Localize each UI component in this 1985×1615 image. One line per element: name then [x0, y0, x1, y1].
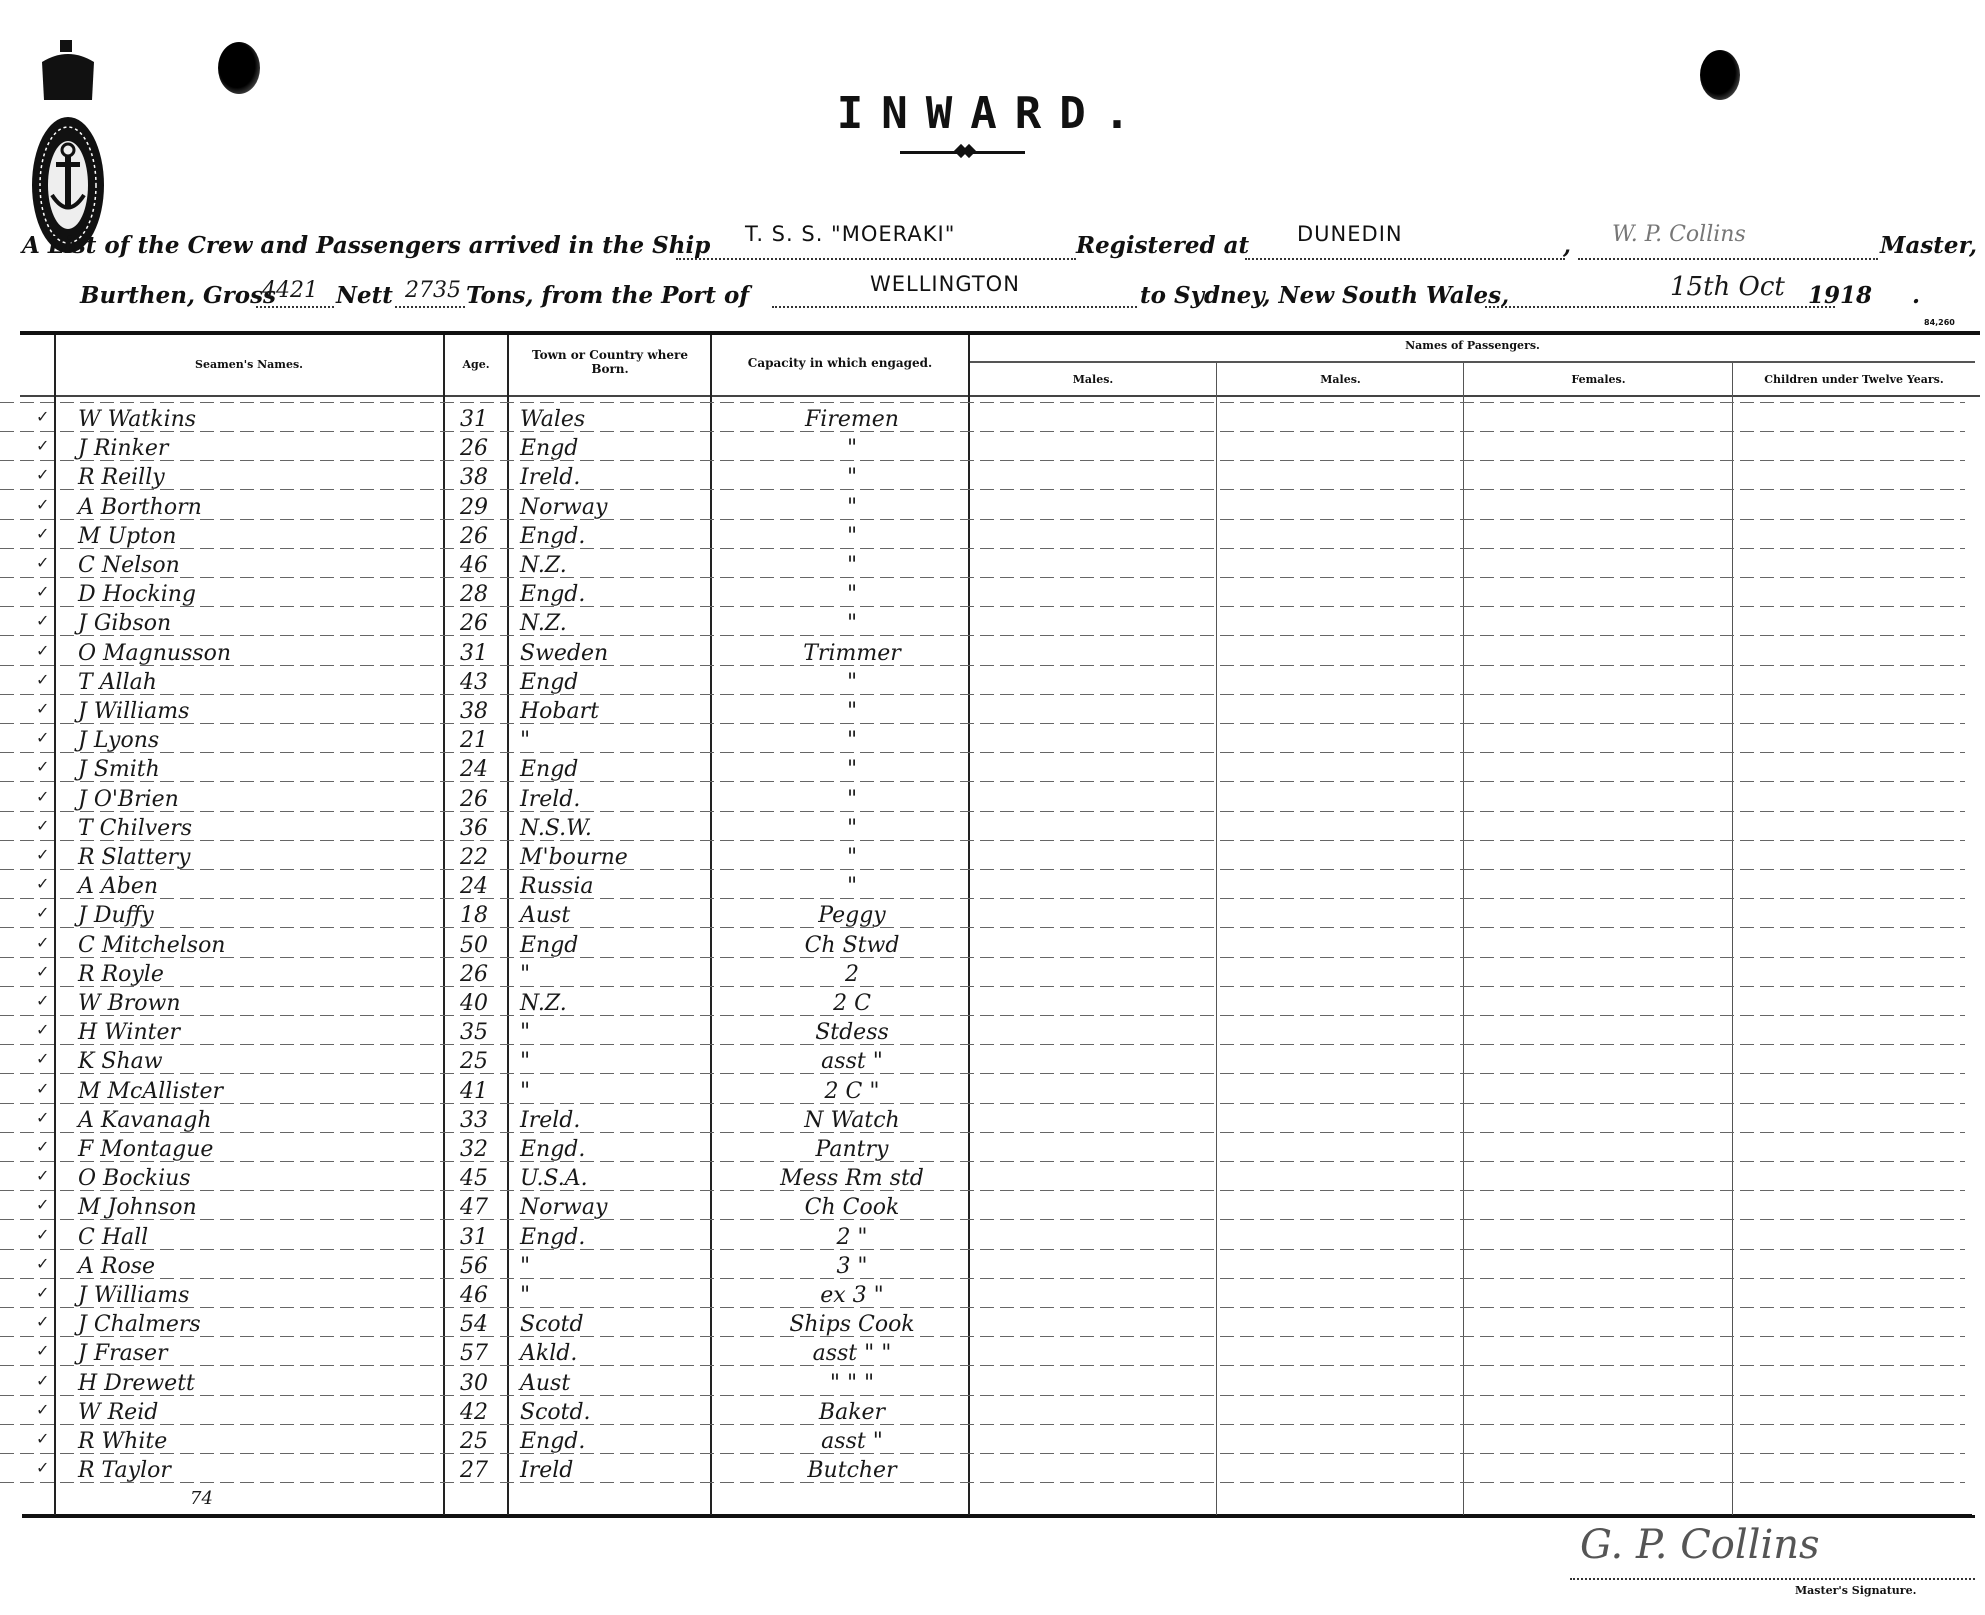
check-mark-icon: ✓ [36, 1225, 49, 1244]
seaman-birthplace: Aust [520, 903, 570, 928]
seaman-age: 25 [452, 1429, 496, 1454]
signature-top-rule [1500, 1515, 1975, 1518]
seaman-name: M Johnson [78, 1195, 197, 1220]
seaman-birthplace: " [520, 1020, 530, 1045]
column-divider [443, 335, 445, 1515]
seaman-birthplace: Norway [520, 495, 607, 520]
row-rule [0, 1161, 1965, 1162]
row-rule [0, 927, 1965, 928]
to-sydney-label: to Sydney, New South Wales, [1140, 282, 1509, 309]
check-mark-icon: ✓ [36, 962, 49, 981]
seaman-birthplace: " [520, 1049, 530, 1074]
seaman-birthplace: N.Z. [520, 611, 567, 636]
seaman-birthplace: Russia [520, 874, 593, 899]
seaman-birthplace: Scotd. [520, 1400, 591, 1425]
seaman-name: J Williams [78, 699, 189, 724]
seaman-capacity: ex 3 " [752, 1283, 952, 1308]
column-divider [507, 335, 509, 1515]
row-rule [0, 1219, 1965, 1220]
row-rule [0, 752, 1965, 753]
seaman-capacity: " " " [752, 1371, 952, 1396]
registered-port-field-line [1245, 258, 1565, 260]
from-port-field-line [772, 306, 1137, 308]
check-mark-icon: ✓ [36, 407, 49, 426]
row-rule [0, 1365, 1965, 1366]
column-divider [1463, 363, 1464, 1515]
seaman-age: 26 [452, 787, 496, 812]
check-mark-icon: ✓ [36, 553, 49, 572]
seaman-capacity: asst " [752, 1429, 952, 1454]
registered-port-value: DUNEDIN [1297, 222, 1403, 246]
seaman-name: W Reid [78, 1400, 158, 1425]
seaman-capacity: " [752, 495, 952, 520]
seaman-age: 38 [452, 699, 496, 724]
check-mark-icon: ✓ [36, 1458, 49, 1477]
row-rule [0, 1015, 1965, 1016]
seaman-capacity: 3 " [752, 1254, 952, 1279]
seaman-age: 31 [452, 641, 496, 666]
column-header-males-1: Males. [970, 373, 1216, 387]
seaman-name: H Drewett [78, 1371, 195, 1396]
date-year-value: 1918 [1808, 282, 1872, 309]
seaman-age: 24 [452, 874, 496, 899]
seaman-birthplace: Engd [520, 757, 578, 782]
check-mark-icon: ✓ [36, 816, 49, 835]
check-mark-icon: ✓ [36, 1371, 49, 1390]
seaman-capacity: " [752, 816, 952, 841]
gross-tons-value: 4421 [262, 278, 318, 303]
seaman-name: J Chalmers [78, 1312, 201, 1337]
seaman-birthplace: Wales [520, 407, 585, 432]
seaman-capacity: Trimmer [752, 641, 952, 666]
seaman-birthplace: N.Z. [520, 553, 567, 578]
seaman-birthplace: Engd. [520, 524, 585, 549]
check-mark-icon: ✓ [36, 1020, 49, 1039]
seaman-age: 25 [452, 1049, 496, 1074]
seaman-birthplace: Akld. [520, 1341, 577, 1366]
ship-name-field-line [676, 258, 1076, 260]
seaman-birthplace: N.Z. [520, 991, 567, 1016]
nett-tons-field-line [395, 306, 465, 308]
seaman-birthplace: Norway [520, 1195, 607, 1220]
check-mark-icon: ✓ [36, 874, 49, 893]
seaman-name: A Aben [78, 874, 158, 899]
seaman-name: J Lyons [78, 728, 159, 753]
from-port-value: WELLINGTON [870, 272, 1020, 296]
seaman-capacity: " [752, 524, 952, 549]
registered-at-label: Registered at [1076, 232, 1249, 259]
seaman-capacity: " [752, 845, 952, 870]
passengers-subheader-rule [970, 361, 1975, 363]
seaman-name: R Taylor [78, 1458, 171, 1483]
column-divider [710, 335, 712, 1515]
check-mark-icon: ✓ [36, 1079, 49, 1098]
check-mark-icon: ✓ [36, 1312, 49, 1331]
check-mark-icon: ✓ [36, 582, 49, 601]
row-rule [0, 402, 1965, 403]
seaman-birthplace: Aust [520, 1371, 570, 1396]
master-name-field-line [1578, 258, 1878, 260]
check-mark-icon: ✓ [36, 991, 49, 1010]
seaman-birthplace: Engd. [520, 1225, 585, 1250]
seaman-capacity: " [752, 757, 952, 782]
seaman-birthplace: Ireld [520, 1458, 573, 1483]
seaman-name: A Rose [78, 1254, 155, 1279]
seaman-capacity: 2 " [752, 1225, 952, 1250]
seaman-name: W Watkins [78, 407, 196, 432]
column-header-born: Town or Country where Born. [530, 348, 690, 376]
seaman-name: J Williams [78, 1283, 189, 1308]
seaman-name: J Rinker [78, 436, 168, 461]
seaman-birthplace: Engd [520, 436, 578, 461]
seaman-birthplace: " [520, 1283, 530, 1308]
row-rule [0, 1453, 1965, 1454]
seaman-birthplace: Hobart [520, 699, 599, 724]
row-rule [0, 431, 1965, 432]
check-mark-icon: ✓ [36, 611, 49, 630]
seaman-capacity: asst " [752, 1049, 952, 1074]
seaman-age: 21 [452, 728, 496, 753]
row-rule [0, 1249, 1965, 1250]
seaman-name: J Smith [78, 757, 160, 782]
seaman-name: T Chilvers [78, 816, 192, 841]
seaman-age: 29 [452, 495, 496, 520]
seaman-capacity: asst " " [752, 1341, 952, 1366]
seaman-age: 42 [452, 1400, 496, 1425]
check-mark-icon: ✓ [36, 903, 49, 922]
seaman-capacity: 2 [752, 962, 952, 987]
seaman-capacity: " [752, 436, 952, 461]
seaman-capacity: Stdess [752, 1020, 952, 1045]
row-rule [0, 1278, 1965, 1279]
seaman-capacity: " [752, 611, 952, 636]
seaman-name: J Gibson [78, 611, 171, 636]
seaman-age: 40 [452, 991, 496, 1016]
seaman-age: 31 [452, 407, 496, 432]
seaman-name: K Shaw [78, 1049, 163, 1074]
seaman-age: 45 [452, 1166, 496, 1191]
tons-from-port-label: Tons, from the Port of [466, 282, 749, 309]
list-intro-label: A List of the Crew and Passengers arrive… [22, 232, 710, 259]
seaman-age: 35 [452, 1020, 496, 1045]
row-rule [0, 577, 1965, 578]
row-rule [0, 986, 1965, 987]
burthen-gross-label: Burthen, Gross [80, 282, 276, 309]
seaman-name: J O'Brien [78, 787, 179, 812]
seaman-capacity: Mess Rm std [752, 1166, 952, 1191]
seaman-age: 50 [452, 933, 496, 958]
nett-label: Nett [336, 282, 393, 309]
check-mark-icon: ✓ [36, 670, 49, 689]
seaman-age: 46 [452, 1283, 496, 1308]
row-rule [0, 1395, 1965, 1396]
column-header-seamens-names: Seamen's Names. [56, 358, 442, 372]
seaman-capacity: " [752, 699, 952, 724]
column-divider [54, 335, 56, 1515]
seaman-name: R Royle [78, 962, 164, 987]
row-rule [0, 840, 1965, 841]
seaman-age: 27 [452, 1458, 496, 1483]
check-mark-icon: ✓ [36, 845, 49, 864]
row-rule [0, 1103, 1965, 1104]
seaman-name: C Nelson [78, 553, 180, 578]
seaman-capacity: " [752, 787, 952, 812]
seaman-age: 54 [452, 1312, 496, 1337]
row-rule [0, 1132, 1965, 1133]
seaman-name: T Allah [78, 670, 157, 695]
seaman-birthplace: Engd. [520, 582, 585, 607]
check-mark-icon: ✓ [36, 436, 49, 455]
check-mark-icon: ✓ [36, 757, 49, 776]
seaman-age: 43 [452, 670, 496, 695]
seaman-capacity: " [752, 670, 952, 695]
ship-name-value: T. S. S. "MOERAKI" [745, 222, 955, 246]
seaman-birthplace: Engd. [520, 1429, 585, 1454]
seaman-birthplace: N.S.W. [520, 816, 592, 841]
check-mark-icon: ✓ [36, 1137, 49, 1156]
master-signature-label: Master's Signature. [1795, 1584, 1916, 1597]
seaman-capacity: Ch Cook [752, 1195, 952, 1220]
seaman-age: 47 [452, 1195, 496, 1220]
seaman-capacity: Peggy [752, 903, 952, 928]
check-mark-icon: ✓ [36, 1283, 49, 1302]
seaman-age: 32 [452, 1137, 496, 1162]
row-rule [0, 1424, 1965, 1425]
seaman-age: 36 [452, 816, 496, 841]
seaman-capacity: Ch Stwd [752, 933, 952, 958]
seaman-age: 18 [452, 903, 496, 928]
seaman-birthplace: Scotd [520, 1312, 584, 1337]
seaman-age: 26 [452, 436, 496, 461]
seaman-name: M Upton [78, 524, 176, 549]
seaman-birthplace: U.S.A. [520, 1166, 588, 1191]
seaman-age: 31 [452, 1225, 496, 1250]
seaman-name: J Fraser [78, 1341, 168, 1366]
row-rule [0, 665, 1965, 666]
row-rule [0, 1190, 1965, 1191]
check-mark-icon: ✓ [36, 787, 49, 806]
check-mark-icon: ✓ [36, 699, 49, 718]
check-mark-icon: ✓ [36, 1341, 49, 1360]
column-header-children: Children under Twelve Years. [1734, 373, 1974, 387]
seaman-name: R Reilly [78, 465, 165, 490]
seaman-name: J Duffy [78, 903, 154, 928]
row-rule [0, 519, 1965, 520]
check-mark-icon: ✓ [36, 1195, 49, 1214]
row-rule [0, 723, 1965, 724]
seaman-name: R Slattery [78, 845, 190, 870]
check-mark-icon: ✓ [36, 524, 49, 543]
seaman-birthplace: Engd. [520, 1137, 585, 1162]
date-day-value: 15th Oct [1670, 272, 1785, 302]
row-rule [0, 694, 1965, 695]
master-signature: G. P. Collins [1580, 1522, 1820, 1568]
check-mark-icon: ✓ [36, 641, 49, 660]
seaman-name: C Mitchelson [78, 933, 225, 958]
row-rule [0, 1073, 1965, 1074]
column-divider [968, 335, 970, 1515]
seaman-capacity: Pantry [752, 1137, 952, 1162]
check-mark-icon: ✓ [36, 465, 49, 484]
check-mark-icon: ✓ [36, 1429, 49, 1448]
seaman-name: A Kavanagh [78, 1108, 212, 1133]
row-rule [0, 811, 1965, 812]
seaman-name: M McAllister [78, 1079, 223, 1104]
column-divider [1732, 363, 1733, 1515]
row-rule [0, 781, 1965, 782]
check-mark-icon: ✓ [36, 1108, 49, 1127]
seaman-name: H Winter [78, 1020, 180, 1045]
row-rule [0, 898, 1965, 899]
master-label: Master, [1880, 232, 1977, 259]
seaman-name: O Bockius [78, 1166, 191, 1191]
row-rule [0, 957, 1965, 958]
row-rule [0, 606, 1965, 607]
column-header-capacity: Capacity in which engaged. [712, 356, 968, 370]
gross-tons-field-line [256, 306, 334, 308]
seaman-age: 26 [452, 611, 496, 636]
seaman-capacity: Butcher [752, 1458, 952, 1483]
column-header-males-2: Males. [1218, 373, 1463, 387]
seaman-capacity: 2 C [752, 991, 952, 1016]
seaman-name: D Hocking [78, 582, 196, 607]
master-name-value: W. P. Collins [1612, 222, 1746, 247]
seaman-birthplace: " [520, 962, 530, 987]
seaman-capacity: " [752, 582, 952, 607]
row-rule [0, 869, 1965, 870]
seaman-name: W Brown [78, 991, 181, 1016]
column-header-age: Age. [445, 358, 507, 372]
seaman-age: 26 [452, 524, 496, 549]
seaman-name: R White [78, 1429, 167, 1454]
seaman-name: C Hall [78, 1225, 148, 1250]
seaman-birthplace: Engd [520, 670, 578, 695]
row-rule [0, 1482, 1965, 1483]
seaman-birthplace: Sweden [520, 641, 608, 666]
seaman-birthplace: Ireld. [520, 465, 580, 490]
table-header-bottom-rule [20, 395, 1980, 397]
period: . [1912, 282, 1920, 309]
seaman-capacity: " [752, 874, 952, 899]
row-rule [0, 635, 1965, 636]
signature-line [1570, 1578, 1975, 1580]
row-rule [0, 489, 1965, 490]
seaman-capacity: Firemen [752, 407, 952, 432]
seaman-capacity: Baker [752, 1400, 952, 1425]
seaman-birthplace: " [520, 1254, 530, 1279]
seaman-age: 30 [452, 1371, 496, 1396]
row-rule [0, 1336, 1965, 1337]
seaman-birthplace: Ireld. [520, 787, 580, 812]
seaman-capacity: Ships Cook [752, 1312, 952, 1337]
seaman-age: 22 [452, 845, 496, 870]
check-mark-icon: ✓ [36, 933, 49, 952]
nett-tons-value: 2735 [405, 278, 461, 303]
seaman-capacity: 2 C " [752, 1079, 952, 1104]
row-rule [0, 1307, 1965, 1308]
seaman-age: 33 [452, 1108, 496, 1133]
document-title: INWARD. [0, 88, 1985, 139]
seaman-birthplace: M'bourne [520, 845, 628, 870]
check-mark-icon: ✓ [36, 1254, 49, 1273]
date-field-line [1485, 306, 1835, 308]
check-mark-icon: ✓ [36, 1400, 49, 1419]
column-divider [1216, 363, 1217, 1515]
column-header-names-of-passengers: Names of Passengers. [970, 339, 1975, 353]
seaman-name: O Magnusson [78, 641, 231, 666]
table-top-rule [20, 331, 1980, 335]
check-mark-icon: ✓ [36, 1166, 49, 1185]
check-mark-icon: ✓ [36, 495, 49, 514]
seaman-capacity: N Watch [752, 1108, 952, 1133]
form-number: 84,260 [1924, 318, 1955, 327]
row-rule [0, 548, 1965, 549]
crew-total-note: 74 [190, 1488, 213, 1509]
seaman-capacity: " [752, 728, 952, 753]
seaman-birthplace: Engd [520, 933, 578, 958]
seaman-capacity: " [752, 465, 952, 490]
seaman-name: F Montague [78, 1137, 213, 1162]
seaman-age: 56 [452, 1254, 496, 1279]
check-mark-icon: ✓ [36, 728, 49, 747]
seaman-age: 41 [452, 1079, 496, 1104]
seaman-age: 38 [452, 465, 496, 490]
row-rule [0, 460, 1965, 461]
seaman-birthplace: " [520, 1079, 530, 1104]
column-header-females: Females. [1465, 373, 1732, 387]
comma: , [1563, 232, 1571, 259]
seaman-age: 24 [452, 757, 496, 782]
seaman-name: A Borthorn [78, 495, 202, 520]
seaman-capacity: " [752, 553, 952, 578]
row-rule [0, 1044, 1965, 1045]
punch-hole-left [218, 42, 260, 94]
anchor-crown-seal-icon [30, 40, 106, 255]
seaman-birthplace: " [520, 728, 530, 753]
seaman-age: 57 [452, 1341, 496, 1366]
seaman-age: 46 [452, 553, 496, 578]
check-mark-icon: ✓ [36, 1049, 49, 1068]
seaman-birthplace: Ireld. [520, 1108, 580, 1133]
seaman-age: 28 [452, 582, 496, 607]
seaman-age: 26 [452, 962, 496, 987]
